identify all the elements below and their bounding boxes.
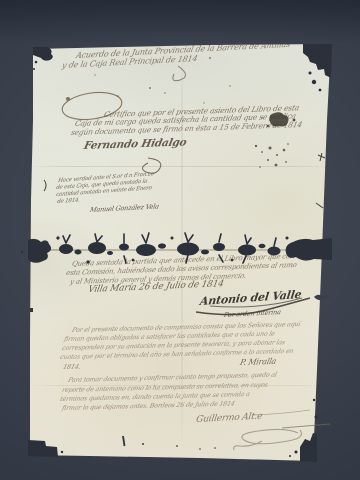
account-note-year: 1814. [62,364,81,371]
manuscript-paper: Acuerdo de la Junta Provincial de la Bar… [0,0,360,480]
account-note-inline-signature: P. Miralla [239,358,277,367]
decree-signature-note: Por orden interina [223,309,281,319]
fold-crease-upper [28,166,332,167]
closing-note-line-4: firmar lo que dejamos antes. Bordeos 26 … [61,401,235,412]
closing-note-signature: Guillermo Alt.e [195,412,263,425]
certification-signature: Fernando Hidalgo [83,137,188,151]
fold-crease-center [28,249,332,251]
decree-signature: Antonio del Valle [199,289,302,307]
photo-stage: Acuerdo de la Junta Provincial de la Bar… [0,0,360,480]
margin-note-line-4: de 1814. [57,198,81,205]
margin-note-signature: Manuel González Vela [89,203,159,213]
